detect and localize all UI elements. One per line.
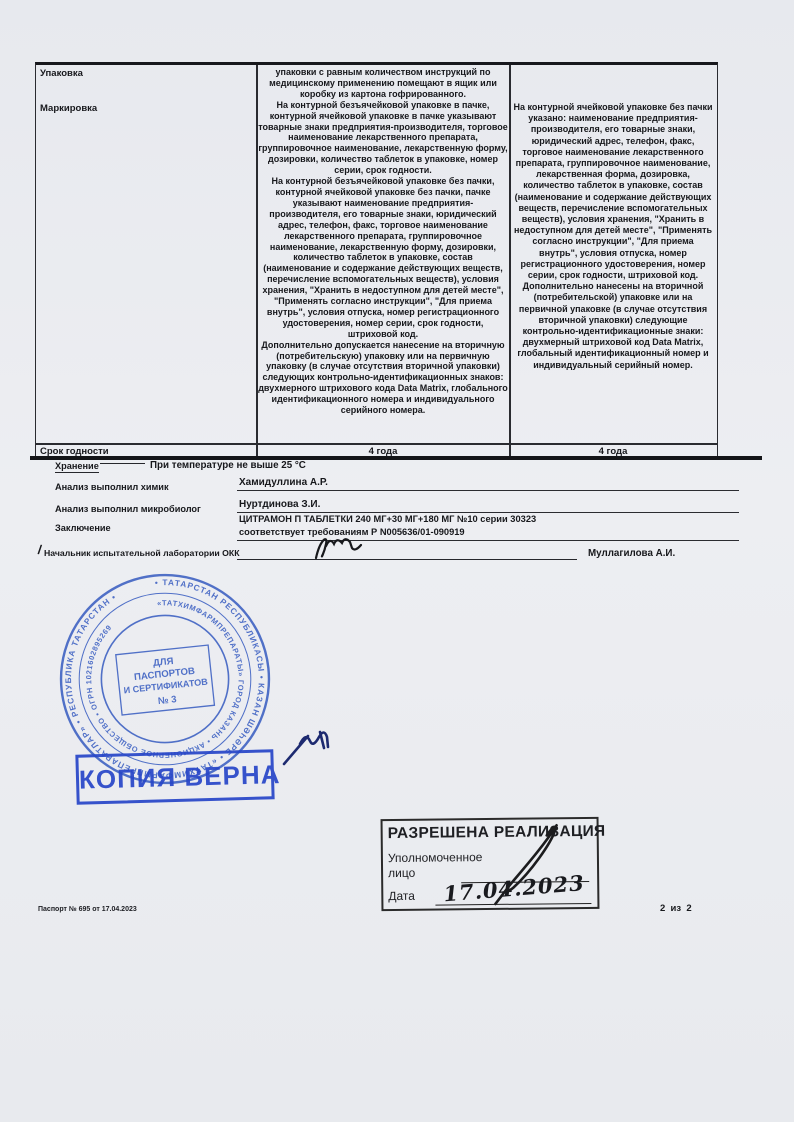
microbiologist-label: Анализ выполнил микробиолог (55, 504, 201, 514)
authorized-person-signature (461, 821, 582, 908)
passport-number-footer: Паспорт № 695 от 17.04.2023 (38, 906, 137, 913)
stamp-center-line-1: ДЛЯ (153, 656, 175, 669)
storage-blank-line (100, 452, 145, 464)
storage-value: При температуре не выше 25 °С (150, 460, 306, 471)
spec-table: Упаковка Маркировка Срок годности упаков… (35, 62, 718, 459)
row-label-marking: Маркировка (40, 103, 97, 114)
lab-head-signature-line (237, 548, 577, 560)
marking-right-paragraph: На контурной ячейковой упаковке без пачк… (512, 102, 714, 371)
conclusion-line-1: ЦИТРАМОН П ТАБЛЕТКИ 240 МГ+30 МГ+180 МГ … (239, 513, 739, 526)
marking-middle-paragraph-3: Дополнительно допускается нанесение на в… (258, 340, 508, 416)
release-authorization-stamp: РАЗРЕШЕНА РЕАЛИЗАЦИЯ Уполномоченное лицо… (381, 817, 600, 911)
lab-head-label: Начальник испытательной лаборатории ОКК (44, 548, 240, 558)
marking-middle-paragraph-2: На контурной безъячейковой упаковке без … (258, 176, 508, 340)
packaging-continuation-text: упаковки с равным количеством инструкций… (258, 67, 508, 100)
marking-middle-paragraph-1: На контурной безъячейковой упаковке в па… (258, 100, 508, 176)
row-label-packaging: Упаковка (40, 68, 83, 79)
table-middle-column: упаковки с равным количеством инструкций… (258, 67, 508, 416)
scanned-quality-passport-page: Упаковка Маркировка Срок годности упаков… (0, 0, 794, 1122)
page-indicator: 2 из 2 (660, 903, 692, 914)
table-row-divider-shelf-life (36, 443, 717, 445)
lab-head-signature (308, 532, 380, 562)
lab-head-name: Муллагилова А.И. (588, 548, 675, 559)
microbiologist-value: Нуртдинова З.И. (237, 499, 739, 513)
handwritten-initial (278, 712, 356, 772)
conclusion-label: Заключение (55, 523, 111, 533)
table-right-column: На контурной ячейковой упаковке без пачк… (512, 102, 714, 371)
storage-label: Хранение (55, 461, 99, 473)
stamp-center-line-4: № 3 (157, 694, 177, 707)
copy-verified-stamp: КОПИЯ ВЕРНА (75, 749, 274, 805)
chemist-label: Анализ выполнил химик (55, 482, 169, 492)
date-label: Дата (388, 889, 415, 903)
chemist-value: Хамидуллина А.Р. (237, 477, 739, 491)
stray-pen-mark: / (37, 542, 43, 557)
table-column-divider-2 (509, 65, 511, 459)
